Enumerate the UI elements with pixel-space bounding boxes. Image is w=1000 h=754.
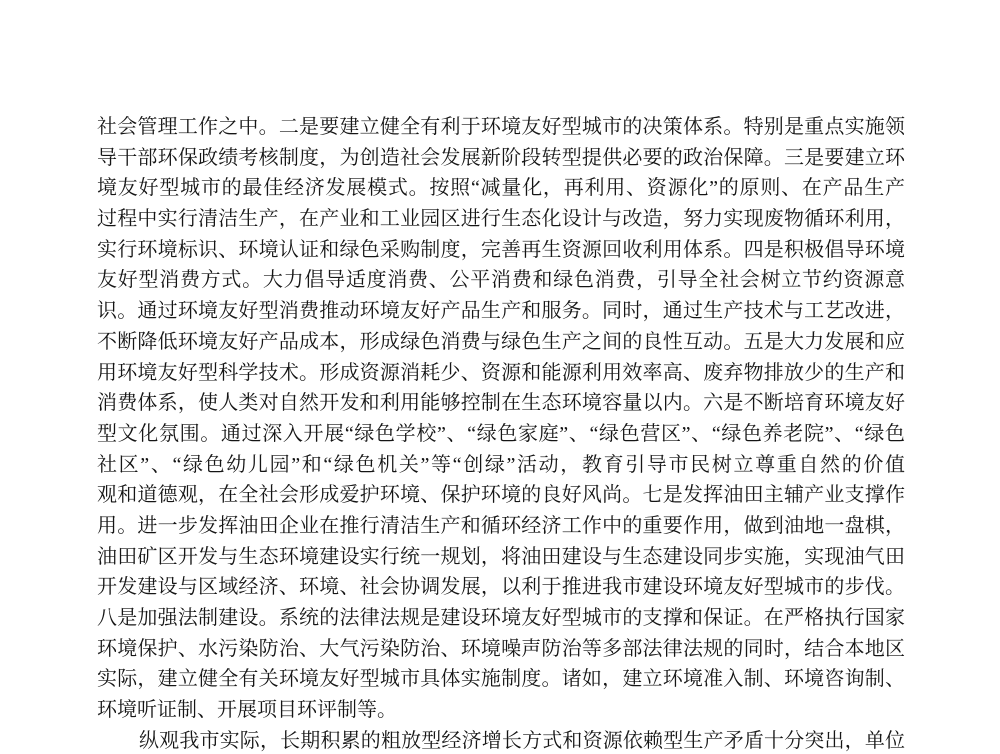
text-line: 实行环境标识、环境认证和绿色采购制度，完善再生资源回收利用体系。四是积极倡导环境 (97, 235, 905, 266)
text-line: 环境保护、水污染防治、大气污染防治、环境噪声防治等多部法律法规的同时，结合本地区 (97, 634, 905, 665)
text-line: 开发建设与区域经济、环境、社会协调发展，以利于推进我市建设环境友好型城市的步伐。 (97, 572, 905, 603)
text-line: 识。通过环境友好型消费推动环境友好产品生产和服务。同时，通过生产技术与工艺改进， (97, 296, 905, 327)
text-line: 型文化氛围。通过深入开展“绿色学校”、“绿色家庭”、“绿色营区”、“绿色养老院”… (97, 419, 905, 450)
text-block: 社会管理工作之中。二是要建立健全有利于环境友好型城市的决策体系。特别是重点实施领… (97, 112, 905, 754)
text-line: 友好型消费方式。大力倡导适度消费、公平消费和绿色消费，引导全社会树立节约资源意 (97, 265, 905, 296)
text-line: 用环境友好型科学技术。形成资源消耗少、资源和能源利用效率高、废弃物排放少的生产和 (97, 358, 905, 389)
text-line: 纵观我市实际，长期积累的粗放型经济增长方式和资源依赖型生产矛盾十分突出，单位 (97, 726, 905, 754)
text-line: 环境听证制、开展项目环评制等。 (97, 695, 905, 726)
text-line: 用。进一步发挥油田企业在推行清洁生产和循环经济工作中的重要作用，做到油地一盘棋， (97, 511, 905, 542)
text-line: 不断降低环境友好产品成本，形成绿色消费与绿色生产之间的良性互动。五是大力发展和应 (97, 327, 905, 358)
text-line: 油田矿区开发与生态环境建设实行统一规划，将油田建设与生态建设同步实施，实现油气田 (97, 542, 905, 573)
text-line: 过程中实行清洁生产，在产业和工业园区进行生态化设计与改造，努力实现废物循环利用， (97, 204, 905, 235)
text-line: 观和道德观，在全社会形成爱护环境、保护环境的良好风尚。七是发挥油田主辅产业支撑作 (97, 480, 905, 511)
text-line: 实际，建立健全有关环境友好型城市具体实施制度。诸如，建立环境准入制、环境咨询制、 (97, 664, 905, 695)
document-page: 社会管理工作之中。二是要建立健全有利于环境友好型城市的决策体系。特别是重点实施领… (0, 0, 1000, 754)
text-line: 消费体系，使人类对自然开发和利用能够控制在生态环境容量以内。六是不断培育环境友好 (97, 388, 905, 419)
text-line: 社会管理工作之中。二是要建立健全有利于环境友好型城市的决策体系。特别是重点实施领 (97, 112, 905, 143)
text-line: 社区”、“绿色幼儿园”和“绿色机关”等“创绿”活动，教育引导市民树立尊重自然的价… (97, 450, 905, 481)
text-line: 境友好型城市的最佳经济发展模式。按照“减量化，再利用、资源化”的原则、在产品生产 (97, 173, 905, 204)
text-line: 八是加强法制建设。系统的法律法规是建设环境友好型城市的支撑和保证。在严格执行国家 (97, 603, 905, 634)
text-line: 导干部环保政绩考核制度，为创造社会发展新阶段转型提供必要的政治保障。三是要建立环 (97, 143, 905, 174)
